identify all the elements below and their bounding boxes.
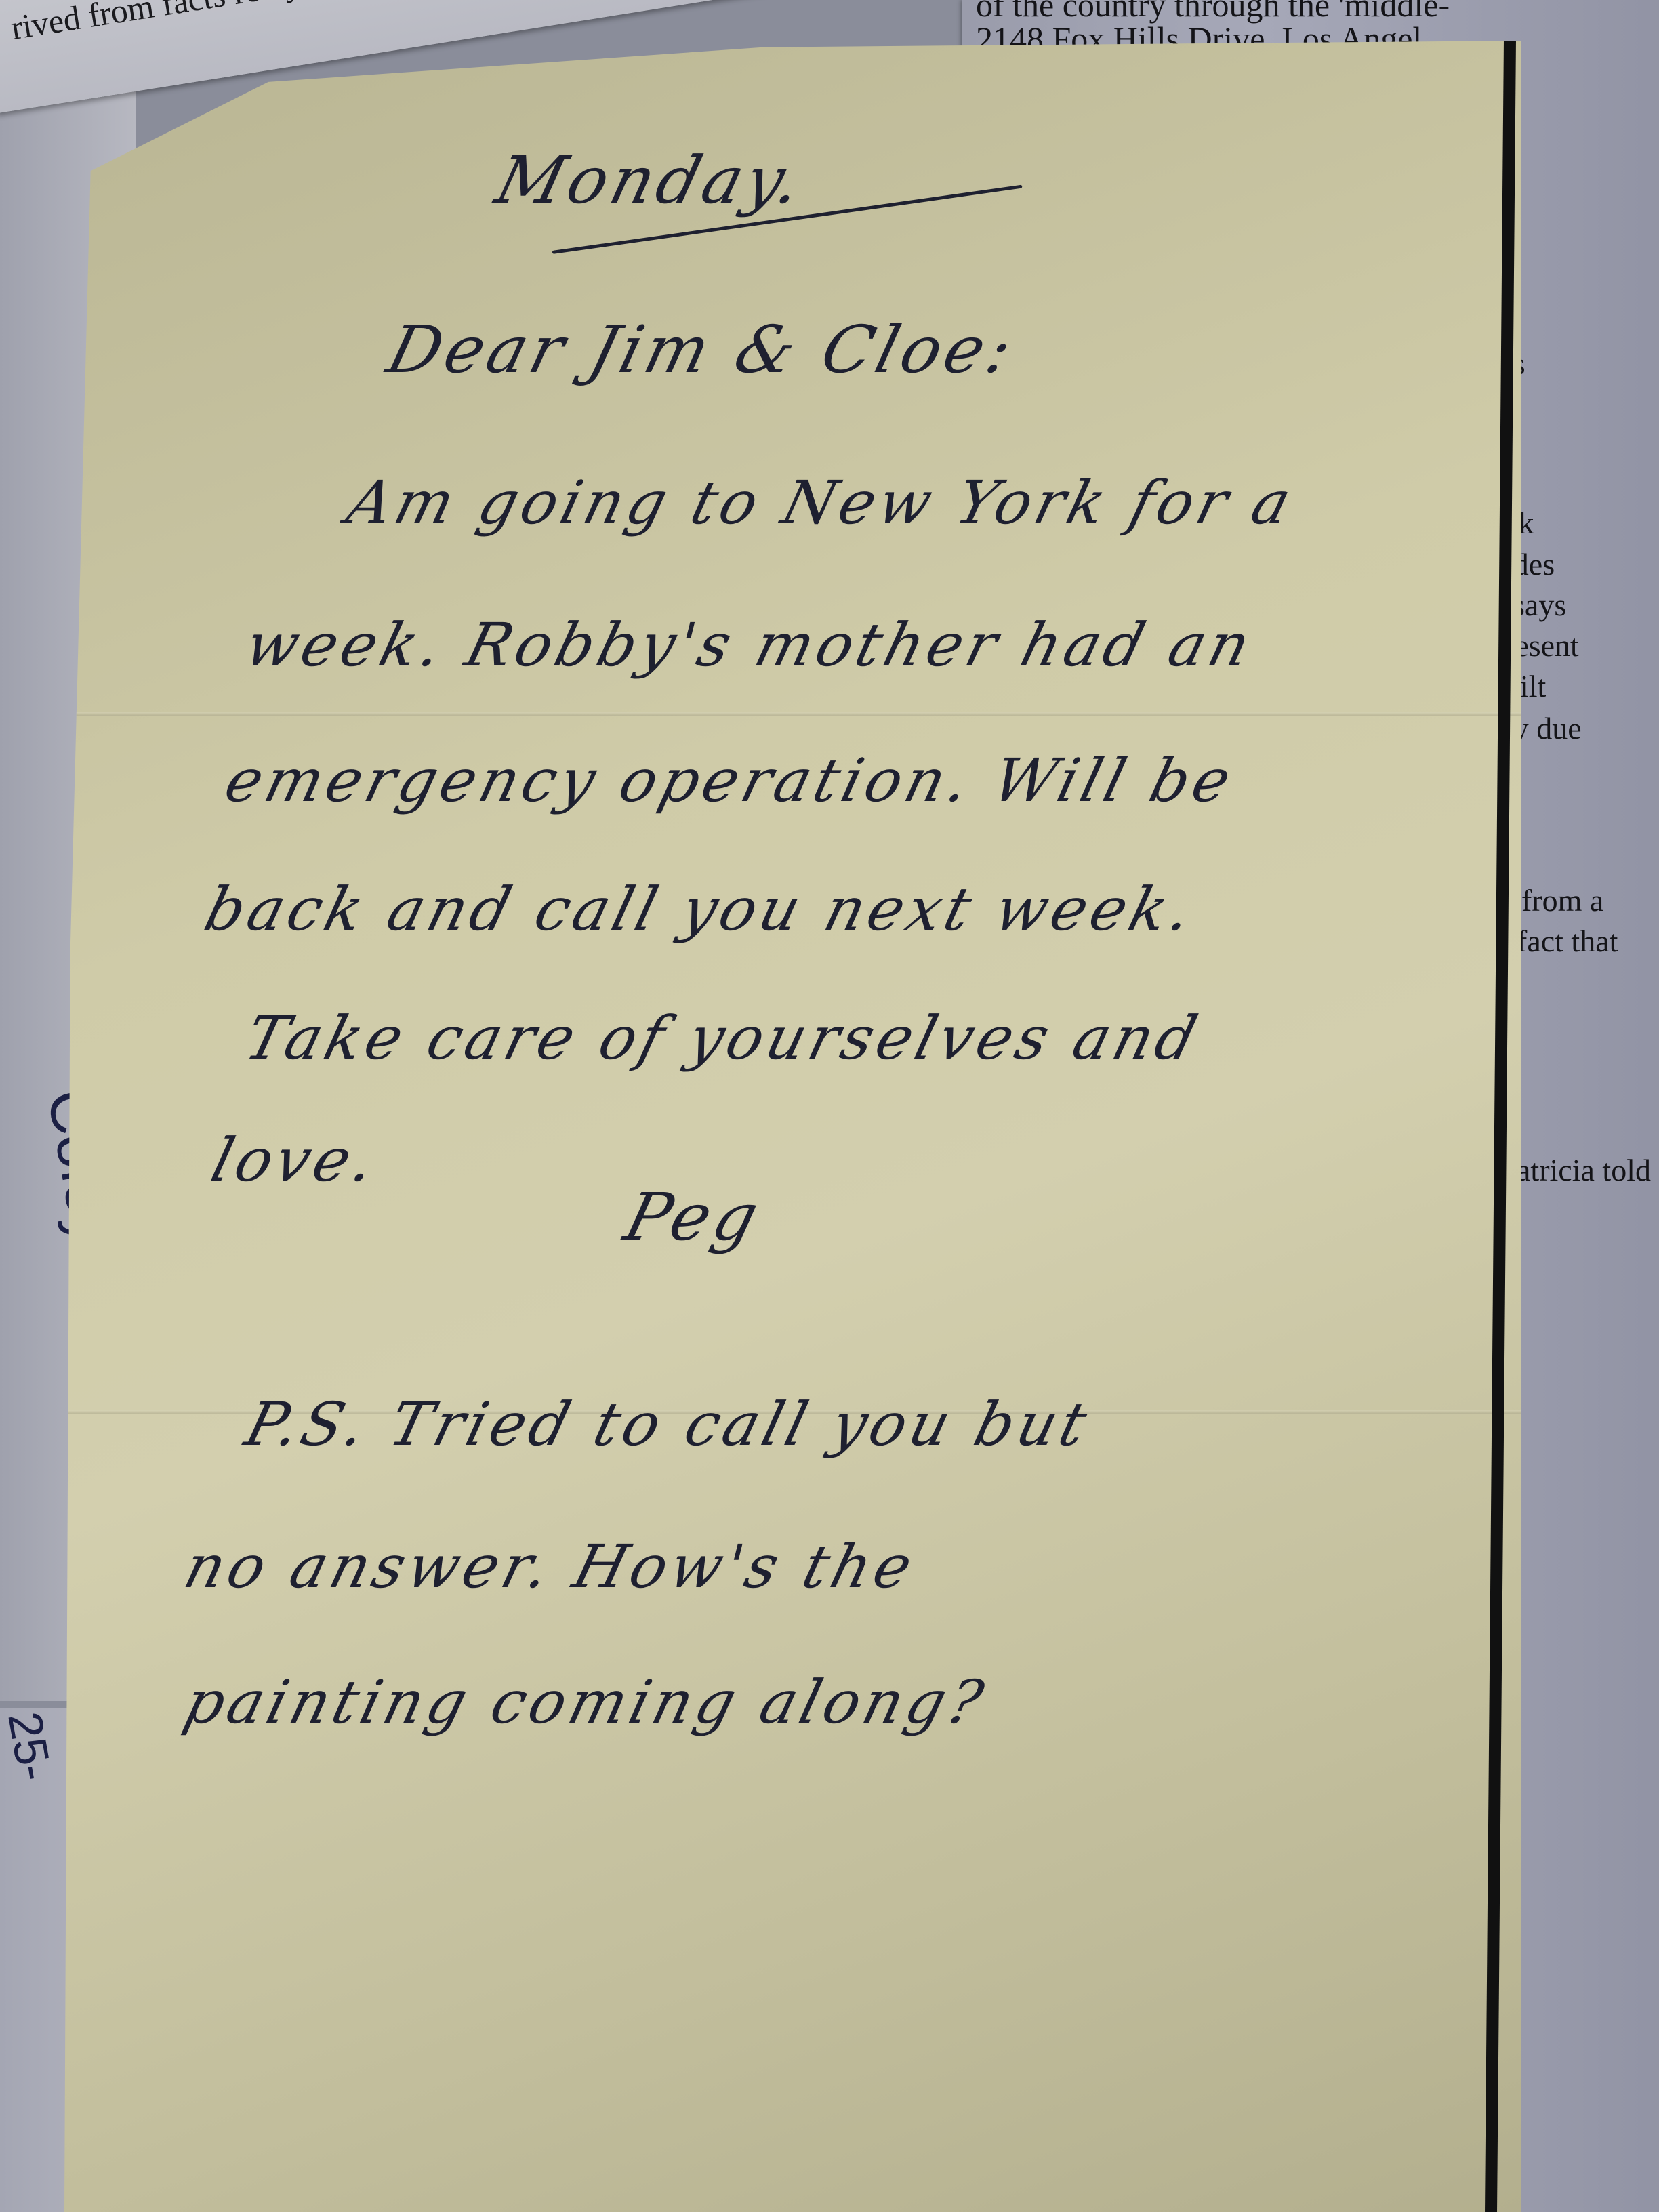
postscript-line: no answer. How's the (178, 1532, 923, 1601)
page-number-note: 25- (0, 1708, 63, 1785)
letter-body-line: week. Robby's mother had an (239, 610, 1261, 680)
letter-body-line: Am going to New York for a (340, 468, 1302, 537)
postscript-line: P.S. Tried to call you but (239, 1389, 1097, 1459)
fold-crease (64, 712, 1521, 716)
letter-body-line: emergency operation. Will be (218, 745, 1242, 815)
letter-signature: Peg (617, 1179, 769, 1255)
postscript-line: painting coming along? (178, 1667, 994, 1737)
letter-body-line: Take care of yourselves and (239, 1003, 1208, 1073)
letter-body-line: back and call you next week. (198, 874, 1202, 944)
typed-fragment: fact that (1517, 923, 1618, 959)
letter-date-line: Monday. (489, 142, 813, 218)
letter-salutation: Dear Jim & Cloe: (380, 312, 1023, 388)
typed-line: rived from facts relayed from Steph (8, 0, 493, 47)
letter-closing: love. (205, 1125, 386, 1195)
typed-fragment: from a (1521, 882, 1603, 918)
handwritten-letter: Monday. Dear Jim & Cloe: Am going to New… (64, 41, 1521, 2212)
typed-fragment: atricia told (1517, 1152, 1651, 1188)
